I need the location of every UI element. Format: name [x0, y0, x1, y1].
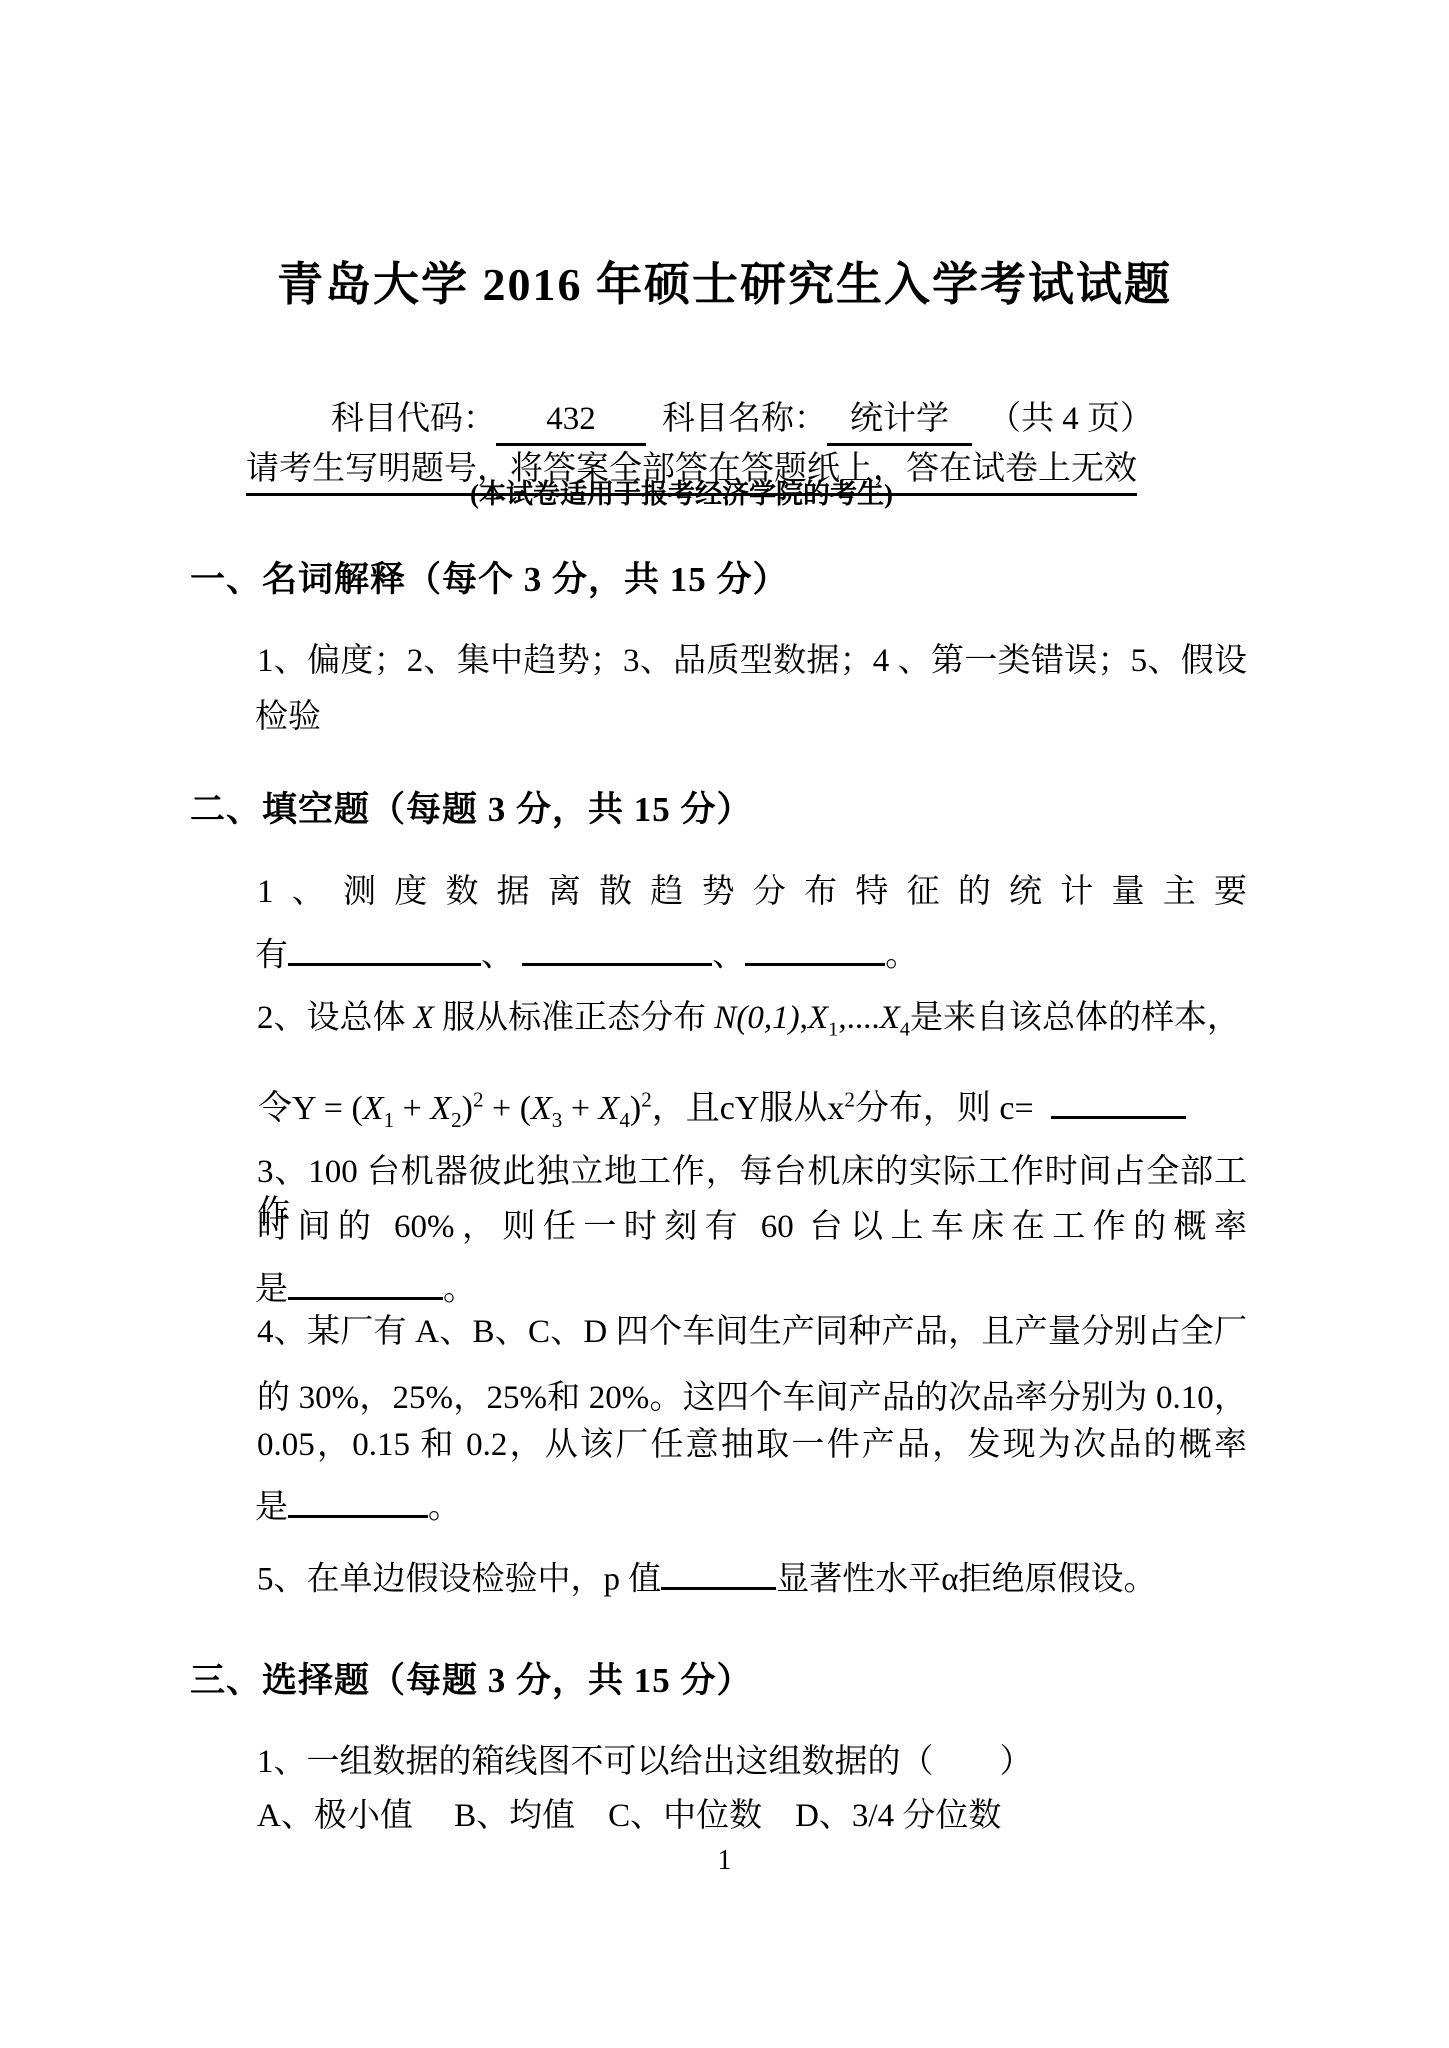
- section3-heading: 三、选择题（每题 3 分，共 15 分）: [190, 1653, 753, 1703]
- section2-heading: 二、填空题（每题 3 分，共 15 分）: [190, 782, 753, 832]
- exam-title: 青岛大学 2016 年硕士研究生入学考试试题: [0, 248, 1449, 314]
- page-number: 1: [0, 1845, 1449, 1877]
- fill-q4-line3: 0.05，0.15 和 0.2，从该厂任意抽取一件产品，发现为次品的概率: [257, 1425, 1247, 1466]
- fill-q3-line2: 时间的 60%，则任一时刻有 60 台以上车床在工作的概率: [257, 1207, 1247, 1248]
- fill-q4-line1: 4、某厂有 A、B、C、D 四个车间生产同种产品，且产量分别占全厂: [257, 1312, 1247, 1353]
- fill-q4-line2: 的 30%，25%，25%和 20%。这四个车间产品的次品率分别为 0.10，: [257, 1378, 1247, 1419]
- fill-q3-blank-line: 是。: [255, 1262, 476, 1311]
- section1-terms-line2: 检验: [255, 697, 321, 738]
- section1-heading: 一、名词解释（每个 3 分，共 15 分）: [190, 552, 789, 602]
- fill-q2-line1: 2、设总体 X 服从标准正态分布 N(0,1),X1,....X4是来自该总体的…: [257, 998, 1240, 1039]
- fill-q4-blank-line: 是。: [255, 1480, 461, 1529]
- exam-page: 青岛大学 2016 年硕士研究生入学考试试题 科目代码：432科目名称：统计学（…: [0, 0, 1449, 2048]
- fill-q1-line1: 1、测度数据离散趋势分布特征的统计量主要: [257, 872, 1247, 913]
- fill-q5-line: 5、在单边假设检验中，p 值显著性水平α拒绝原假设。: [257, 1552, 1157, 1601]
- fill-q2-formula-line: 令Y = (X1 + X2)2 + (X3 + X4)2，且cY服从x2分布，则…: [258, 1080, 1186, 1129]
- answer-instruction-line: 请考生写明题号，将答案全部答在答题纸上，答在试卷上无效: [213, 408, 1137, 532]
- choice-q1-options: A、极小值 B、均值 C、中位数 D、3/4 分位数: [257, 1796, 1001, 1837]
- fill-q1-blanks-line: 有、 、。: [255, 928, 918, 977]
- section1-terms-line1: 1、偏度；2、集中趋势；3、品质型数据；4 、第一类错误；5、假设: [257, 641, 1247, 682]
- choice-q1-stem: 1、一组数据的箱线图不可以给出这组数据的（ ）: [257, 1742, 1033, 1783]
- applicability-note: (本试卷适用于报考经济学院的考生): [470, 472, 893, 511]
